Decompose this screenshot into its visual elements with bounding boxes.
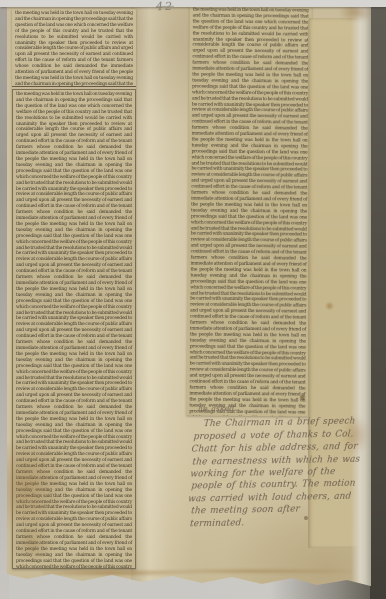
pencil-page-number: 42 — [156, 0, 174, 13]
clipping-left-top-segment: the meeting was held in the town hall on… — [12, 9, 136, 87]
handwritten-fragment: he asked. — [197, 400, 366, 415]
clipping-left-main-segment: the meeting was held in the town hall on… — [12, 89, 136, 569]
backdrop-top-edge — [0, 0, 386, 7]
handwriting-line: the meeting soon after terminated. — [189, 503, 357, 531]
newspaper-clipping-left-column: the meeting was held in the town hall on… — [12, 9, 136, 569]
backdrop-right-edge — [370, 0, 386, 599]
album-page: the meeting was held in the town hall on… — [7, 4, 371, 586]
scrapbook-page-photo: the meeting was held in the town hall on… — [0, 0, 386, 599]
handwritten-note: he asked. The Chairman in a brief speech… — [185, 400, 366, 530]
newspaper-clipping-right-column: the meeting was held in the town hall on… — [186, 5, 312, 416]
page-crease — [131, 4, 193, 586]
